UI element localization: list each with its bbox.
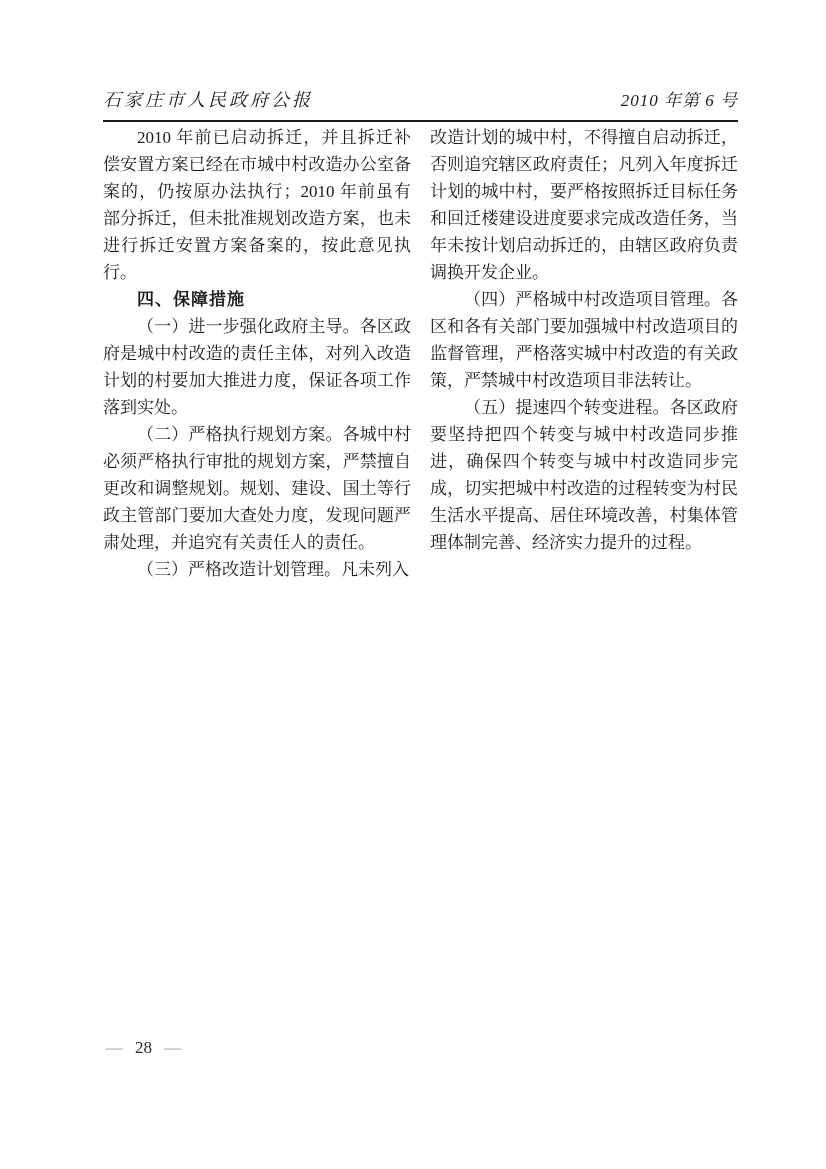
paragraph: （三）严格改造计划管理。凡未列入 <box>103 556 411 583</box>
paragraph: （五）提速四个转变进程。各区政府要坚持把四个转变与城中村改造同步推进，确保四个转… <box>430 394 738 556</box>
paragraph: 改造计划的城中村，不得擅自启动拆迁，否则追究辖区政府责任；凡列入年度拆迁计划的城… <box>430 124 738 286</box>
page-number: 28 <box>135 1038 152 1058</box>
paragraph: （一）进一步强化政府主导。各区政府是城中村改造的责任主体，对列入改造计划的村要加… <box>103 313 411 421</box>
footer-dash-left: — <box>106 1038 123 1058</box>
column-left: 2010 年前已启动拆迁，并且拆迁补偿安置方案已经在市城中村改造办公室备案的，仍… <box>103 124 411 583</box>
section-heading: 四、保障措施 <box>103 286 411 313</box>
article-body: 2010 年前已启动拆迁，并且拆迁补偿安置方案已经在市城中村改造办公室备案的，仍… <box>103 124 738 583</box>
paragraph: 2010 年前已启动拆迁，并且拆迁补偿安置方案已经在市城中村改造办公室备案的，仍… <box>103 124 411 286</box>
header-publication-title: 石家庄市人民政府公报 <box>103 86 313 112</box>
paragraph: （四）严格城中村改造项目管理。各区和各有关部门要加强城中村改造项目的监督管理，严… <box>430 286 738 394</box>
page-footer: — 28 — <box>106 1038 181 1058</box>
footer-dash-right: — <box>164 1038 181 1058</box>
column-right: 改造计划的城中村，不得擅自启动拆迁，否则追究辖区政府责任；凡列入年度拆迁计划的城… <box>430 124 738 583</box>
paragraph: （二）严格执行规划方案。各城中村必须严格执行审批的规划方案，严禁擅自更改和调整规… <box>103 421 411 556</box>
page-header: 石家庄市人民政府公报 2010 年第 6 号 <box>103 86 738 122</box>
gazette-page: 石家庄市人民政府公报 2010 年第 6 号 2010 年前已启动拆迁，并且拆迁… <box>0 0 826 1169</box>
header-issue-number: 2010 年第 6 号 <box>621 86 738 111</box>
